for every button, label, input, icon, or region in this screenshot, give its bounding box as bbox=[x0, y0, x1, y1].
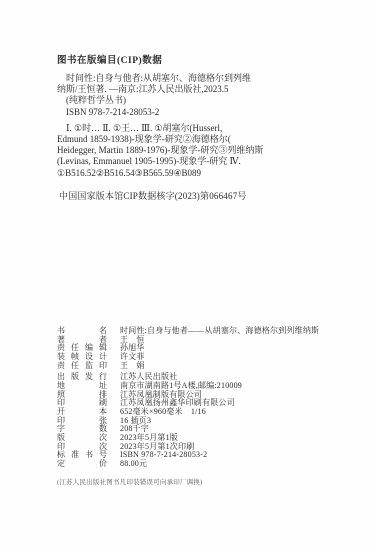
cip-class-line: (Levinas, Emmanuel 1905-1995)-现象学-研究 Ⅳ. bbox=[57, 156, 325, 167]
misprint-exchange-note: (江苏人民出版社图书凡印装错误可向承印厂调换) bbox=[57, 477, 202, 486]
cip-block: 图书在版编目(CIP)数据 时间性:自身与他者:从胡塞尔、海德格尔到列维 纳斯/… bbox=[57, 52, 325, 202]
cip-class-line: Ⅰ. ①时… Ⅱ. ①王… Ⅲ. ①胡塞尔(Husserl, bbox=[57, 123, 325, 134]
colophon-row-print-supervisor: 责任监印 王 娟 bbox=[57, 362, 347, 371]
colophon-label: 定价 bbox=[57, 460, 107, 469]
cip-description-line: 时间性:自身与他者:从胡塞尔、海德格尔到列维 bbox=[57, 73, 325, 84]
cip-classification: Ⅰ. ①时… Ⅱ. ①王… Ⅲ. ①胡塞尔(Husserl, Edmund 18… bbox=[57, 123, 325, 179]
colophon-value: 时间性:自身与他者——从胡塞尔、海德格尔到列维纳斯 bbox=[120, 327, 319, 336]
cip-class-line: ①B516.52②B516.54③B565.59④B089 bbox=[57, 168, 325, 179]
colophon-value: 88.00元 bbox=[120, 460, 147, 469]
cip-series-line: (纯粹哲学丛书) bbox=[57, 95, 325, 106]
colophon-block: 书名 时间性:自身与他者——从胡塞尔、海德格尔到列维纳斯 著者 王 恒 责任编辑… bbox=[57, 327, 347, 469]
colophon-row-price: 定价 88.00元 bbox=[57, 460, 347, 469]
cip-class-line: Edmund 1859-1938)-现象学-研究②海德格尔( bbox=[57, 134, 325, 145]
cip-header: 图书在版编目(CIP)数据 bbox=[57, 52, 325, 66]
colophon-label: 责任监印 bbox=[57, 362, 107, 371]
copyright-page: 图书在版编目(CIP)数据 时间性:自身与他者:从胡塞尔、海德格尔到列维 纳斯/… bbox=[0, 0, 375, 550]
colophon-value: 王 娟 bbox=[120, 362, 145, 371]
cip-description-line: 纳斯/王恒著. —南京:江苏人民出版社,2023.5 bbox=[57, 84, 325, 95]
cip-class-line: Heidegger, Martin 1889-1976)-现象学-研究③列维纳斯 bbox=[57, 145, 325, 156]
cip-record-number: 中国国家版本馆CIP数据核字(2023)第066467号 bbox=[57, 189, 325, 202]
cip-isbn-line: ISBN 978-7-214-28053-2 bbox=[57, 107, 325, 118]
